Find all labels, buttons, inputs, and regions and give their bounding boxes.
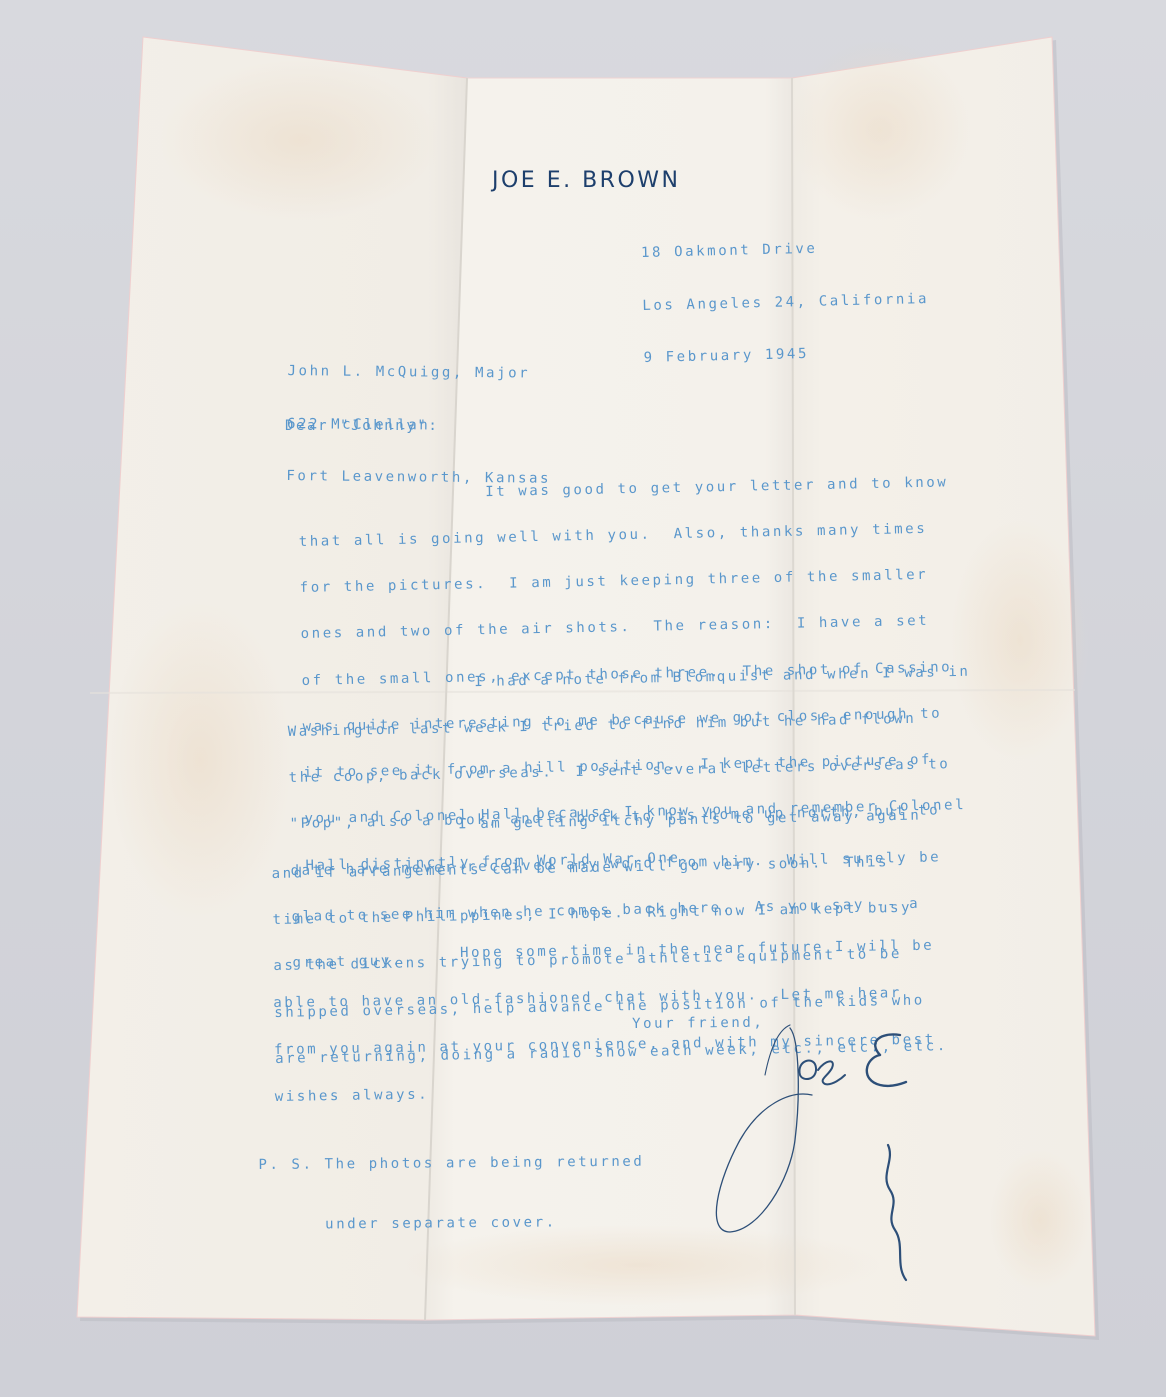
recipient-address-line: John L. McQuigg, Major	[287, 363, 552, 383]
closing: Your friend,	[632, 1015, 765, 1034]
text-line: I had a note from Blomquist and when I w…	[287, 664, 971, 694]
letter-content: JOE E. BROWN 18 Oakmont Drive Los Angele…	[0, 0, 1166, 1397]
text-line: P. S. The photos are being returned	[258, 1152, 644, 1175]
text-line: Washington last week I tried to find him…	[288, 711, 972, 741]
text-line: under separate cover.	[259, 1212, 645, 1235]
text-line: that all is going well with you. Also, t…	[299, 521, 961, 550]
letterhead: JOE E. BROWN	[492, 168, 681, 193]
text-line: Hope some time in the near future I will…	[272, 939, 934, 965]
paragraph-4: Hope some time in the near future I will…	[272, 908, 937, 1137]
sender-address-line: 18 Oakmont Drive	[641, 238, 928, 263]
postscript: P. S. The photos are being returned unde…	[258, 1112, 645, 1275]
text-line: for the pictures. I am just keeping thre…	[300, 567, 962, 596]
salutation: Dear "Johnny":	[285, 418, 439, 436]
text-line: It was good to get your letter and to kn…	[298, 475, 960, 504]
text-line: wishes always.	[275, 1079, 937, 1105]
text-line: from you again at your convenience, and …	[274, 1032, 936, 1058]
text-line: I am getting itchy pants to get away aga…	[271, 808, 944, 836]
sender-address-line: Los Angeles 24, California	[642, 290, 929, 315]
text-line: and if arrangements can be made will go …	[271, 854, 944, 882]
letter-date: 9 February 1945	[643, 343, 930, 368]
text-line: able to have an old-fashioned chat with …	[273, 986, 935, 1012]
sender-address: 18 Oakmont Drive Los Angeles 24, Califor…	[640, 203, 931, 402]
